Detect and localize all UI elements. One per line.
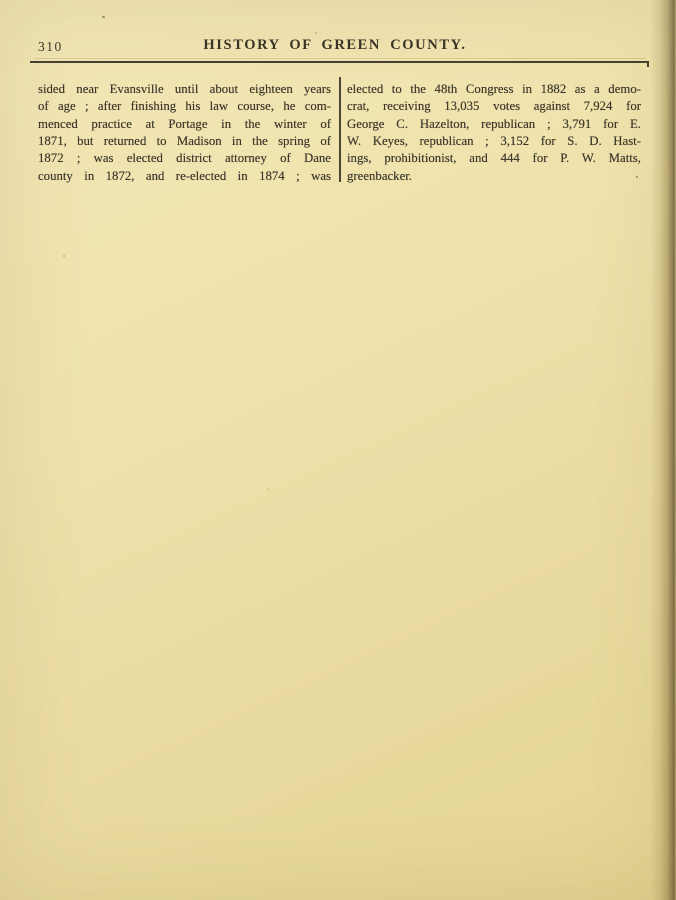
text-line: W. Keyes, republican ; 3,152 for S. D. H… [347,133,641,150]
column-divider [339,77,341,182]
scanned-book-page: 310 HISTORY OF GREEN COUNTY. sided near … [0,0,676,900]
text-line: menced practice at Portage in the winter… [38,116,331,133]
text-line: ings, prohibitionist, and 444 for P. W. … [347,150,641,167]
scan-speck [315,32,317,34]
text-column-left: sided near Evansville until about eighte… [38,81,331,185]
text-line: 1871, but returned to Madison in the spr… [38,133,331,150]
text-line: elected to the 48th Congress in 1882 as … [347,81,641,98]
scan-speck [636,176,638,178]
text-line: of age ; after finishing his law course,… [38,98,331,115]
scan-speck [267,488,270,491]
scan-speck [102,16,105,18]
scan-speck [63,255,65,257]
page-edge-shadow [650,0,676,900]
text-column-right: elected to the 48th Congress in 1882 as … [347,81,641,185]
text-line: 1872 ; was elected district attorney of … [38,150,331,167]
header-rule [30,61,648,63]
text-line: George C. Hazelton, republican ; 3,791 f… [347,116,641,133]
text-line: greenbacker. [347,168,641,185]
text-line: county in 1872, and re-elected in 1874 ;… [38,168,331,185]
text-line: sided near Evansville until about eighte… [38,81,331,98]
page-title: HISTORY OF GREEN COUNTY. [0,37,670,54]
text-line: crat, receiving 13,035 votes against 7,9… [347,98,641,115]
